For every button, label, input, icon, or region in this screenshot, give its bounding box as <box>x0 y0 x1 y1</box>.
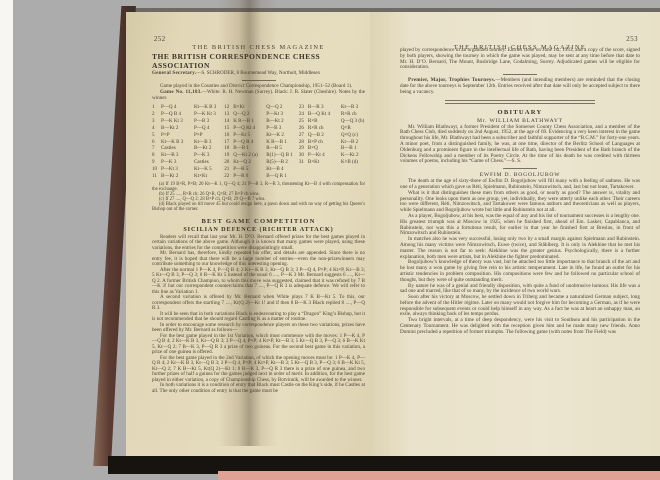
article-title: THE BRITISH CORRESPONDENCE CHESS ASSOCIA… <box>152 52 365 70</box>
game-heading: Game No. 11,103.—White: R. H. Newman (Su… <box>152 90 365 101</box>
move-row: 10P—Kt 3Kt—K 5 <box>152 166 218 173</box>
move-number: 18 <box>224 145 233 152</box>
page-number-left: 252 <box>154 36 166 43</box>
move-row: 25R×BQ—Q 3 (b) <box>299 118 365 125</box>
black-move: B—Q R 1 <box>266 173 293 180</box>
move-row: 7CastlesB—Kt 2 <box>152 145 218 152</box>
white-move: P—K 3 <box>161 159 194 166</box>
white-move: P—R 6 <box>233 173 266 180</box>
move-number: 22 <box>224 173 233 180</box>
paragraph-text: In order to encourage some research by c… <box>152 322 365 334</box>
black-move: Kt—K 5 <box>194 166 218 173</box>
white-move: B—Kt 2 <box>161 173 194 180</box>
paragraph: Readers will recall that last year Mr. H… <box>152 235 365 252</box>
paragraph: What is it that distinguishes these men … <box>400 191 640 214</box>
continuation-paragraph: played by correspondence in an organized… <box>400 48 640 71</box>
moves-column-1: 1P—Q 4Kt—K B 32P—Q B 4P—K Kt 33P—K Kt 3P… <box>152 104 218 180</box>
paragraph-text: In matches also he was very successful, … <box>400 236 640 259</box>
move-number: 30 <box>299 152 308 159</box>
black-move: R×R ch <box>341 111 365 118</box>
paragraph-text: It will be seen that in both variations … <box>152 311 365 323</box>
move-number: 4 <box>152 125 161 132</box>
move-row: 14K R—B 1B—Kt 2 <box>224 118 293 125</box>
move-number: 19 <box>224 152 233 159</box>
black-move: P—B 3 <box>194 118 218 125</box>
page-number-right: 253 <box>626 36 638 43</box>
white-move: Q—B 2 <box>308 132 341 139</box>
move-number: 9 <box>152 159 161 166</box>
move-number: 10 <box>152 166 161 173</box>
paragraph: Mr. Bernard has, therefore, kindly repea… <box>152 251 365 268</box>
move-row: 24B—Q Kt 4R×R ch <box>299 111 365 118</box>
white-move: B—R 3 <box>308 104 341 111</box>
white-move: B—Q Kt 4 <box>308 111 341 118</box>
move-row: 16P—Kt 5Kt—K 2 <box>224 132 293 139</box>
move-number: 29 <box>299 145 308 152</box>
paragraph: Bogoljubow’s knowledge of theory was vas… <box>400 260 640 283</box>
footnote: (d) Black played on till move 45 but cou… <box>152 202 365 212</box>
divider-rule <box>503 168 537 169</box>
white-move: Q—Q 2 <box>233 111 266 118</box>
paragraph-text: Mr. Bernard has, therefore, kindly repea… <box>152 250 365 267</box>
move-number: 11 <box>152 173 161 180</box>
white-move: B×Kt <box>233 104 266 111</box>
white-move: Kt—B 3 <box>161 152 194 159</box>
paragraph: As a player, Bogoljubow, at his best, wa… <box>400 214 640 237</box>
move-number: 17 <box>224 139 233 146</box>
intro-text: Game played in the Counties and District… <box>160 83 352 89</box>
paragraph-text: Bogoljubow’s knowledge of theory was vas… <box>400 259 640 282</box>
move-row: 12B×KtQ—Q 2 <box>224 104 293 111</box>
move-row: 21P—R 5Kt—B 4 <box>224 166 293 173</box>
move-row: 31B×KtK×B (d) <box>299 159 365 166</box>
moves-column-2: 12B×KtQ—Q 213Q—Q 2P—Kt 314K R—B 1B—Kt 21… <box>224 104 293 180</box>
paragraph-text: The death at the age of sixty-three of E… <box>400 178 640 190</box>
move-number: 15 <box>224 125 233 132</box>
white-move: K R—B 1 <box>233 118 266 125</box>
move-row: 13Q—Q 2P—Kt 3 <box>224 111 293 118</box>
move-number: 7 <box>152 145 161 152</box>
move-number: 14 <box>224 118 233 125</box>
white-move: B×Q <box>308 145 341 152</box>
white-move: P—Q Kt 4 <box>233 125 266 132</box>
paragraph: A second variation is offered by Mr. Ber… <box>152 295 365 312</box>
open-book: 252 THE BRITISH CHESS MAGAZINE THE BRITI… <box>126 12 660 458</box>
white-move: P—Q B 4 <box>161 111 194 118</box>
scanned-book-photo: 252 THE BRITISH CHESS MAGAZINE THE BRITI… <box>0 0 660 480</box>
move-number: 16 <box>224 132 233 139</box>
paragraph: Soon after his victory at Moscow, he set… <box>400 295 640 318</box>
move-number: 27 <box>299 132 308 139</box>
paragraph-text: Mr. William Blathwayt, a former Presiden… <box>400 124 640 165</box>
divider-rule <box>242 80 276 81</box>
move-row: 1P—Q 4Kt—K B 3 <box>152 104 218 111</box>
move-row: 3P—K Kt 3P—B 3 <box>152 118 218 125</box>
move-number: 21 <box>224 166 233 173</box>
move-number: 8 <box>152 152 161 159</box>
paragraph: For the best game played in the 2nd Vari… <box>152 356 365 384</box>
game-moves-table: 1P—Q 4Kt—K B 32P—Q B 4P—K Kt 33P—K Kt 3P… <box>152 104 365 180</box>
white-move: P—K Kt 3 <box>161 118 194 125</box>
paragraph-text: Soon after his victory at Moscow, he set… <box>400 294 640 317</box>
move-number: 12 <box>224 104 233 111</box>
move-number: 3 <box>152 118 161 125</box>
move-row: 26R×R chQ×R <box>299 125 365 132</box>
paragraph-text: Readers will recall that last year Mr. H… <box>152 234 365 251</box>
paragraph-text: For the best game played in the 2nd Vari… <box>152 355 365 383</box>
running-header-left: THE BRITISH CHESS MAGAZINE <box>192 44 324 51</box>
move-row: 5P×PP×P <box>152 132 218 139</box>
white-move: P—Q 4 <box>161 104 194 111</box>
bogoljubow-paragraphs: The death at the age of sixty-three of E… <box>400 179 640 336</box>
move-row: 11B—Kt 2Kt×Kt <box>152 173 218 180</box>
move-number: 26 <box>299 125 308 132</box>
black-move: P—K Kt 3 <box>194 111 218 118</box>
move-row: 2P—Q B 4P—K Kt 3 <box>152 111 218 118</box>
footnote: (a) If 19 B×R, P×B; 20 Kt—K 1, Q—Q 4; 21… <box>152 182 365 192</box>
white-move: P—Kt 3 <box>161 166 194 173</box>
paragraph-text: As a player, Bogoljubow, at his best, wa… <box>400 213 640 236</box>
blathwayt-paragraphs: Mr. William Blathwayt, a former Presiden… <box>400 125 640 166</box>
white-move: Kt—K B 3 <box>161 139 194 146</box>
white-move: P×P <box>161 132 194 139</box>
black-move: Q—Q 2 <box>266 104 293 111</box>
black-move: Q×R <box>341 125 365 132</box>
paragraph-text: What is it that distinguishes these men … <box>400 190 640 213</box>
black-move: K R—B 1 <box>266 139 293 146</box>
black-move: Kt—R 3 <box>341 104 365 111</box>
paragraph: Mr. William Blathwayt, a former Presiden… <box>400 125 640 166</box>
page-header-right: THE BRITISH CHESS MAGAZINE 253 <box>400 36 640 46</box>
move-row: 28B×P chKt—B 2 <box>299 139 365 146</box>
paragraph-text: In both variations it is a condition of … <box>152 382 365 394</box>
paragraph-text: For the best game played in the 1st Vari… <box>152 333 365 356</box>
black-move: Kt×Kt <box>194 173 218 180</box>
move-number: 6 <box>152 139 161 146</box>
black-move: Kt—K B 3 <box>194 104 218 111</box>
page-right: THE BRITISH CHESS MAGAZINE 253 played by… <box>370 12 660 458</box>
move-row: 23B—R 3Kt—R 3 <box>299 104 365 111</box>
white-move: P—R 5 <box>233 166 266 173</box>
move-number: 2 <box>152 111 161 118</box>
black-move: P—Kt 3 <box>266 111 293 118</box>
move-number: 31 <box>299 159 308 166</box>
paragraph-text: Two bright intervals, at a time of deep … <box>400 317 640 335</box>
black-move: K×B (d) <box>341 159 365 166</box>
move-row: 17P—Q R 4K R—B 1 <box>224 139 293 146</box>
page-left: 252 THE BRITISH CHESS MAGAZINE THE BRITI… <box>126 12 370 458</box>
move-row: 20Kt—Q 2R(5)—B 2 <box>224 159 293 166</box>
white-move: Castles <box>161 145 194 152</box>
move-row: 9P—K 3Castles <box>152 159 218 166</box>
double-rule <box>445 100 595 104</box>
move-row: 6Kt—K B 3Kt—B 3 <box>152 139 218 146</box>
white-move: Kt—Q 2 <box>233 159 266 166</box>
move-number: 23 <box>299 104 308 111</box>
black-move: Kt—B 3 <box>194 139 218 146</box>
move-number: 5 <box>152 132 161 139</box>
secretary-value: —S. SCHRODER, 8 Bournemead Way, Northolt… <box>196 70 320 76</box>
section-subheading: SICILIAN DEFENCE (RICHTER ATTACK) <box>152 226 365 233</box>
black-move: Kt—K 2 <box>266 132 293 139</box>
paragraph: In both variations it is a condition of … <box>152 383 365 394</box>
moves-column-3: 23B—R 3Kt—R 324B—Q Kt 4R×R ch25R×BQ—Q 3 … <box>299 104 365 180</box>
white-move: B×Kt <box>308 159 341 166</box>
black-move: P×P <box>194 132 218 139</box>
paragraph-text: After the normal 1 P—K 4, P—Q B 4; 2 Kt—… <box>152 267 365 295</box>
move-number: 24 <box>299 111 308 118</box>
white-move: P—Kt 4 <box>308 152 341 159</box>
paragraph-text: By nature he was of a genial and friendl… <box>400 283 640 295</box>
move-row: 15P—Q Kt 4P—B 3 <box>224 125 293 132</box>
paragraph: In matches also he was very successful, … <box>400 237 640 260</box>
black-move: P—Q 4 <box>194 125 218 132</box>
premier-tourneys-paragraph: Premier, Major, Trophies Tourneys.—Membe… <box>400 78 640 95</box>
white-move: P—Kt 5 <box>233 132 266 139</box>
black-move: Castles <box>194 159 218 166</box>
body-paragraphs-left: Readers will recall that last year Mr. H… <box>152 235 365 395</box>
footnotes: (a) If 19 B×R, P×B; 20 Kt—K 1, Q—Q 4; 21… <box>152 182 365 213</box>
page-header-left: 252 THE BRITISH CHESS MAGAZINE <box>152 36 365 46</box>
white-move: B×P ch <box>308 139 341 146</box>
move-row: 29B×QB—B 1 <box>299 145 365 152</box>
white-move: R×R ch <box>308 125 341 132</box>
white-move: R×B <box>308 118 341 125</box>
move-row: 8Kt—B 3P—K 3 <box>152 152 218 159</box>
black-move: Kt—B 4 <box>266 166 293 173</box>
secretary-line: General Secretary.—S. SCHRODER, 8 Bourne… <box>152 71 365 77</box>
black-move: B—Kt 2 <box>266 118 293 125</box>
move-row: 22P—R 6B—Q R 1 <box>224 173 293 180</box>
black-move: R(5)—B 2 <box>266 159 293 166</box>
move-number: 1 <box>152 104 161 111</box>
secretary-label: General Secretary. <box>152 70 196 76</box>
section-heading: BEST GAME COMPETITION <box>152 218 365 225</box>
paragraph: Two bright intervals, at a time of deep … <box>400 318 640 335</box>
scan-bottom-strip <box>218 471 660 480</box>
black-move: Q×Q (c) <box>341 132 365 139</box>
running-header-right: THE BRITISH CHESS MAGAZINE <box>454 44 586 51</box>
black-move: B—B 1 <box>341 145 365 152</box>
move-number: 28 <box>299 139 308 146</box>
obituary-heading: OBITUARY <box>400 109 640 116</box>
move-number: 25 <box>299 118 308 125</box>
white-move: B—Kt 2 <box>161 125 194 132</box>
black-move: P—B 3 <box>266 125 293 132</box>
white-move: Q—Kt 2 (a) <box>233 152 266 159</box>
paragraph: For the best game played in the 1st Vari… <box>152 334 365 356</box>
black-move: Q—Q 3 (b) <box>341 118 365 125</box>
move-row: 4B—Kt 2P—Q 4 <box>152 125 218 132</box>
divider-rule <box>503 74 537 75</box>
black-move: P—K 3 <box>194 152 218 159</box>
move-row: 27Q—B 2Q×Q (c) <box>299 132 365 139</box>
black-move: Kt—B 2 <box>341 139 365 146</box>
white-move: P—Q R 4 <box>233 139 266 146</box>
move-number: 20 <box>224 159 233 166</box>
paragraph: After the normal 1 P—K 4, P—Q B 4; 2 Kt—… <box>152 268 365 296</box>
black-move: B—Kt 2 <box>194 145 218 152</box>
move-number: 13 <box>224 111 233 118</box>
paragraph-text: A second variation is offered by Mr. Ber… <box>152 294 365 311</box>
scan-edge-white <box>0 0 13 480</box>
